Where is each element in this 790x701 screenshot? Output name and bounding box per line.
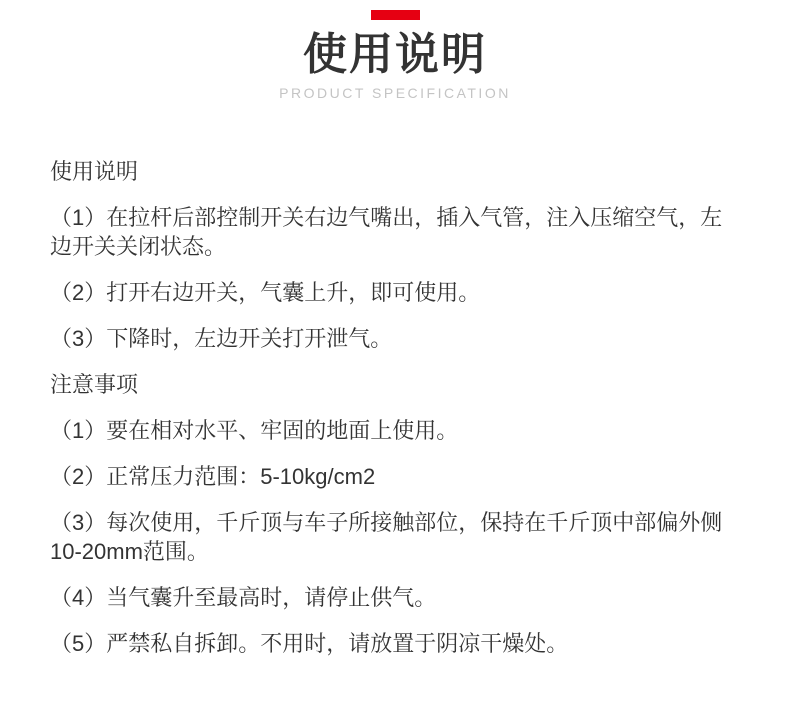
note-item-5: （5）严禁私自拆卸。不用时，请放置于阴凉干燥处。 bbox=[50, 629, 730, 658]
note-item-4: （4）当气囊升至最高时，请停止供气。 bbox=[50, 583, 730, 612]
product-specification-page: 使用说明 PRODUCT SPECIFICATION 使用说明 （1）在拉杆后部… bbox=[0, 0, 790, 701]
usage-item-3: （3）下降时，左边开关打开泄气。 bbox=[50, 324, 730, 353]
section-usage: 使用说明 （1）在拉杆后部控制开关右边气嘴出，插入气管，注入压缩空气，左边开关关… bbox=[50, 157, 730, 353]
section-heading-usage: 使用说明 bbox=[50, 157, 730, 186]
section-heading-notes: 注意事项 bbox=[50, 370, 730, 399]
note-item-3: （3）每次使用，千斤顶与车子所接触部位，保持在千斤顶中部偏外侧10-20mm范围… bbox=[50, 508, 730, 566]
header: 使用说明 PRODUCT SPECIFICATION bbox=[0, 0, 790, 102]
note-item-1: （1）要在相对水平、牢固的地面上使用。 bbox=[50, 416, 730, 445]
content: 使用说明 （1）在拉杆后部控制开关右边气嘴出，插入气管，注入压缩空气，左边开关关… bbox=[0, 102, 790, 658]
page-subtitle: PRODUCT SPECIFICATION bbox=[0, 85, 790, 102]
usage-item-2: （2）打开右边开关，气囊上升，即可使用。 bbox=[50, 278, 730, 307]
note-item-2: （2）正常压力范围：5-10kg/cm2 bbox=[50, 462, 730, 491]
page-title: 使用说明 bbox=[0, 30, 790, 80]
accent-bar bbox=[371, 10, 420, 20]
section-notes: 注意事项 （1）要在相对水平、牢固的地面上使用。 （2）正常压力范围：5-10k… bbox=[50, 370, 730, 658]
usage-item-1: （1）在拉杆后部控制开关右边气嘴出，插入气管，注入压缩空气，左边开关关闭状态。 bbox=[50, 203, 730, 261]
